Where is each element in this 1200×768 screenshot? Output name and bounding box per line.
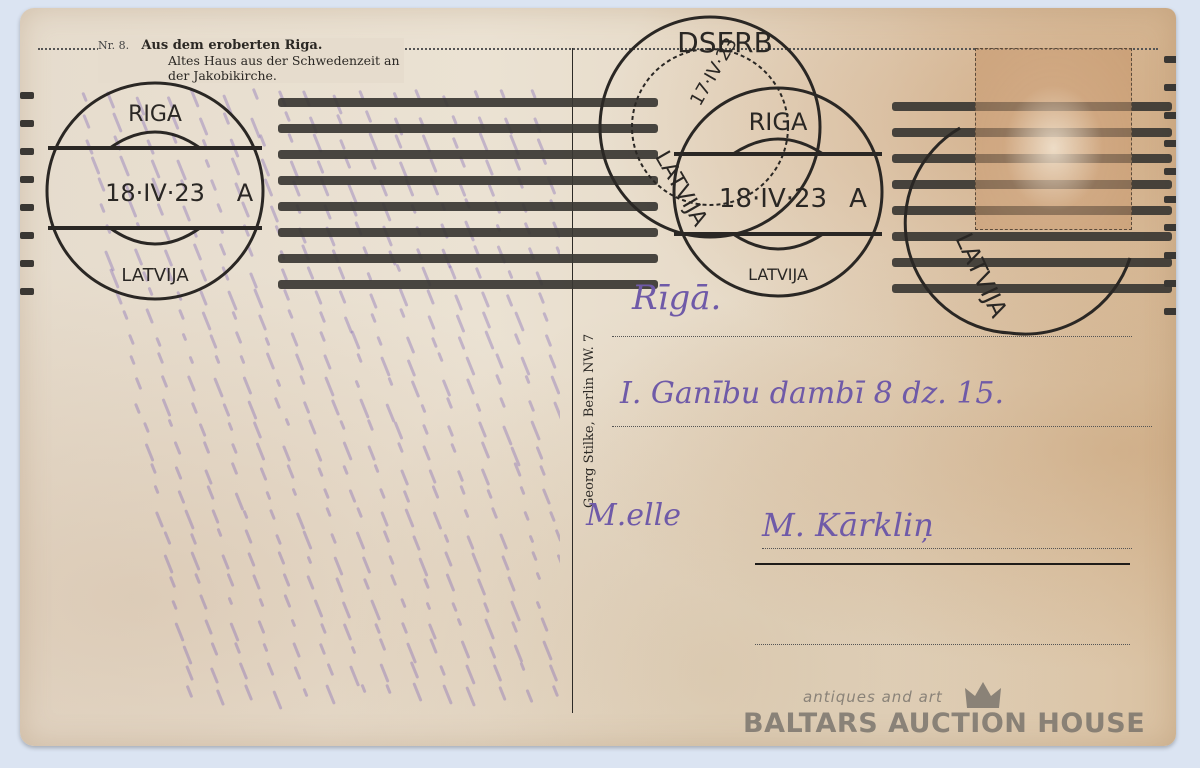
watermark-tagline: antiques and art [803,688,943,706]
svg-text:LATVIJA: LATVIJA [748,265,808,284]
address-line-1 [612,336,1132,337]
caption-number: Nr. 8. [98,39,129,52]
address-name: M. Kārkliņ [762,506,934,544]
svg-text:LATVIJA: LATVIJA [121,265,189,286]
address-street: I. Ganību dambī 8 dz. 15. [620,376,1004,411]
postcard: Nr. 8. Aus dem eroberten Riga. Altes Hau… [20,8,1176,746]
address-city: Rīgā. [632,278,721,318]
address-salutation: M.elle [586,498,681,533]
postmark-riga-left: RIGA 18·IV·23 A LATVIJA [40,76,270,310]
caption-title: Aus dem eroberten Riga. [141,38,322,53]
postmark-riga-center: RIGA 18·IV·23 A LATVIJA [668,82,888,306]
svg-text:18·IV·23: 18·IV·23 [105,179,205,207]
svg-text:A: A [237,179,254,207]
watermark-brand: BALTARS AUCTION HOUSE [743,708,1145,739]
address-line-3 [762,548,1132,549]
publisher-imprint: Georg Stilke, Berlin NW. 7 [582,334,597,508]
svg-text:LATVIJA: LATVIJA [950,229,1014,323]
svg-text:RIGA: RIGA [128,102,182,127]
svg-text:18·IV·23: 18·IV·23 [719,184,827,214]
postmark-right: LATVIJA [900,108,1140,352]
caption-subtitle-1: Altes Haus aus der Schwedenzeit an [98,53,400,68]
crown-icon [963,680,1003,710]
svg-text:RIGA: RIGA [749,108,808,136]
svg-text:A: A [849,184,867,214]
edge-cancel-bars [20,92,34,316]
address-underline [755,563,1130,565]
address-line-2 [612,426,1152,427]
address-line-4 [755,644,1130,645]
